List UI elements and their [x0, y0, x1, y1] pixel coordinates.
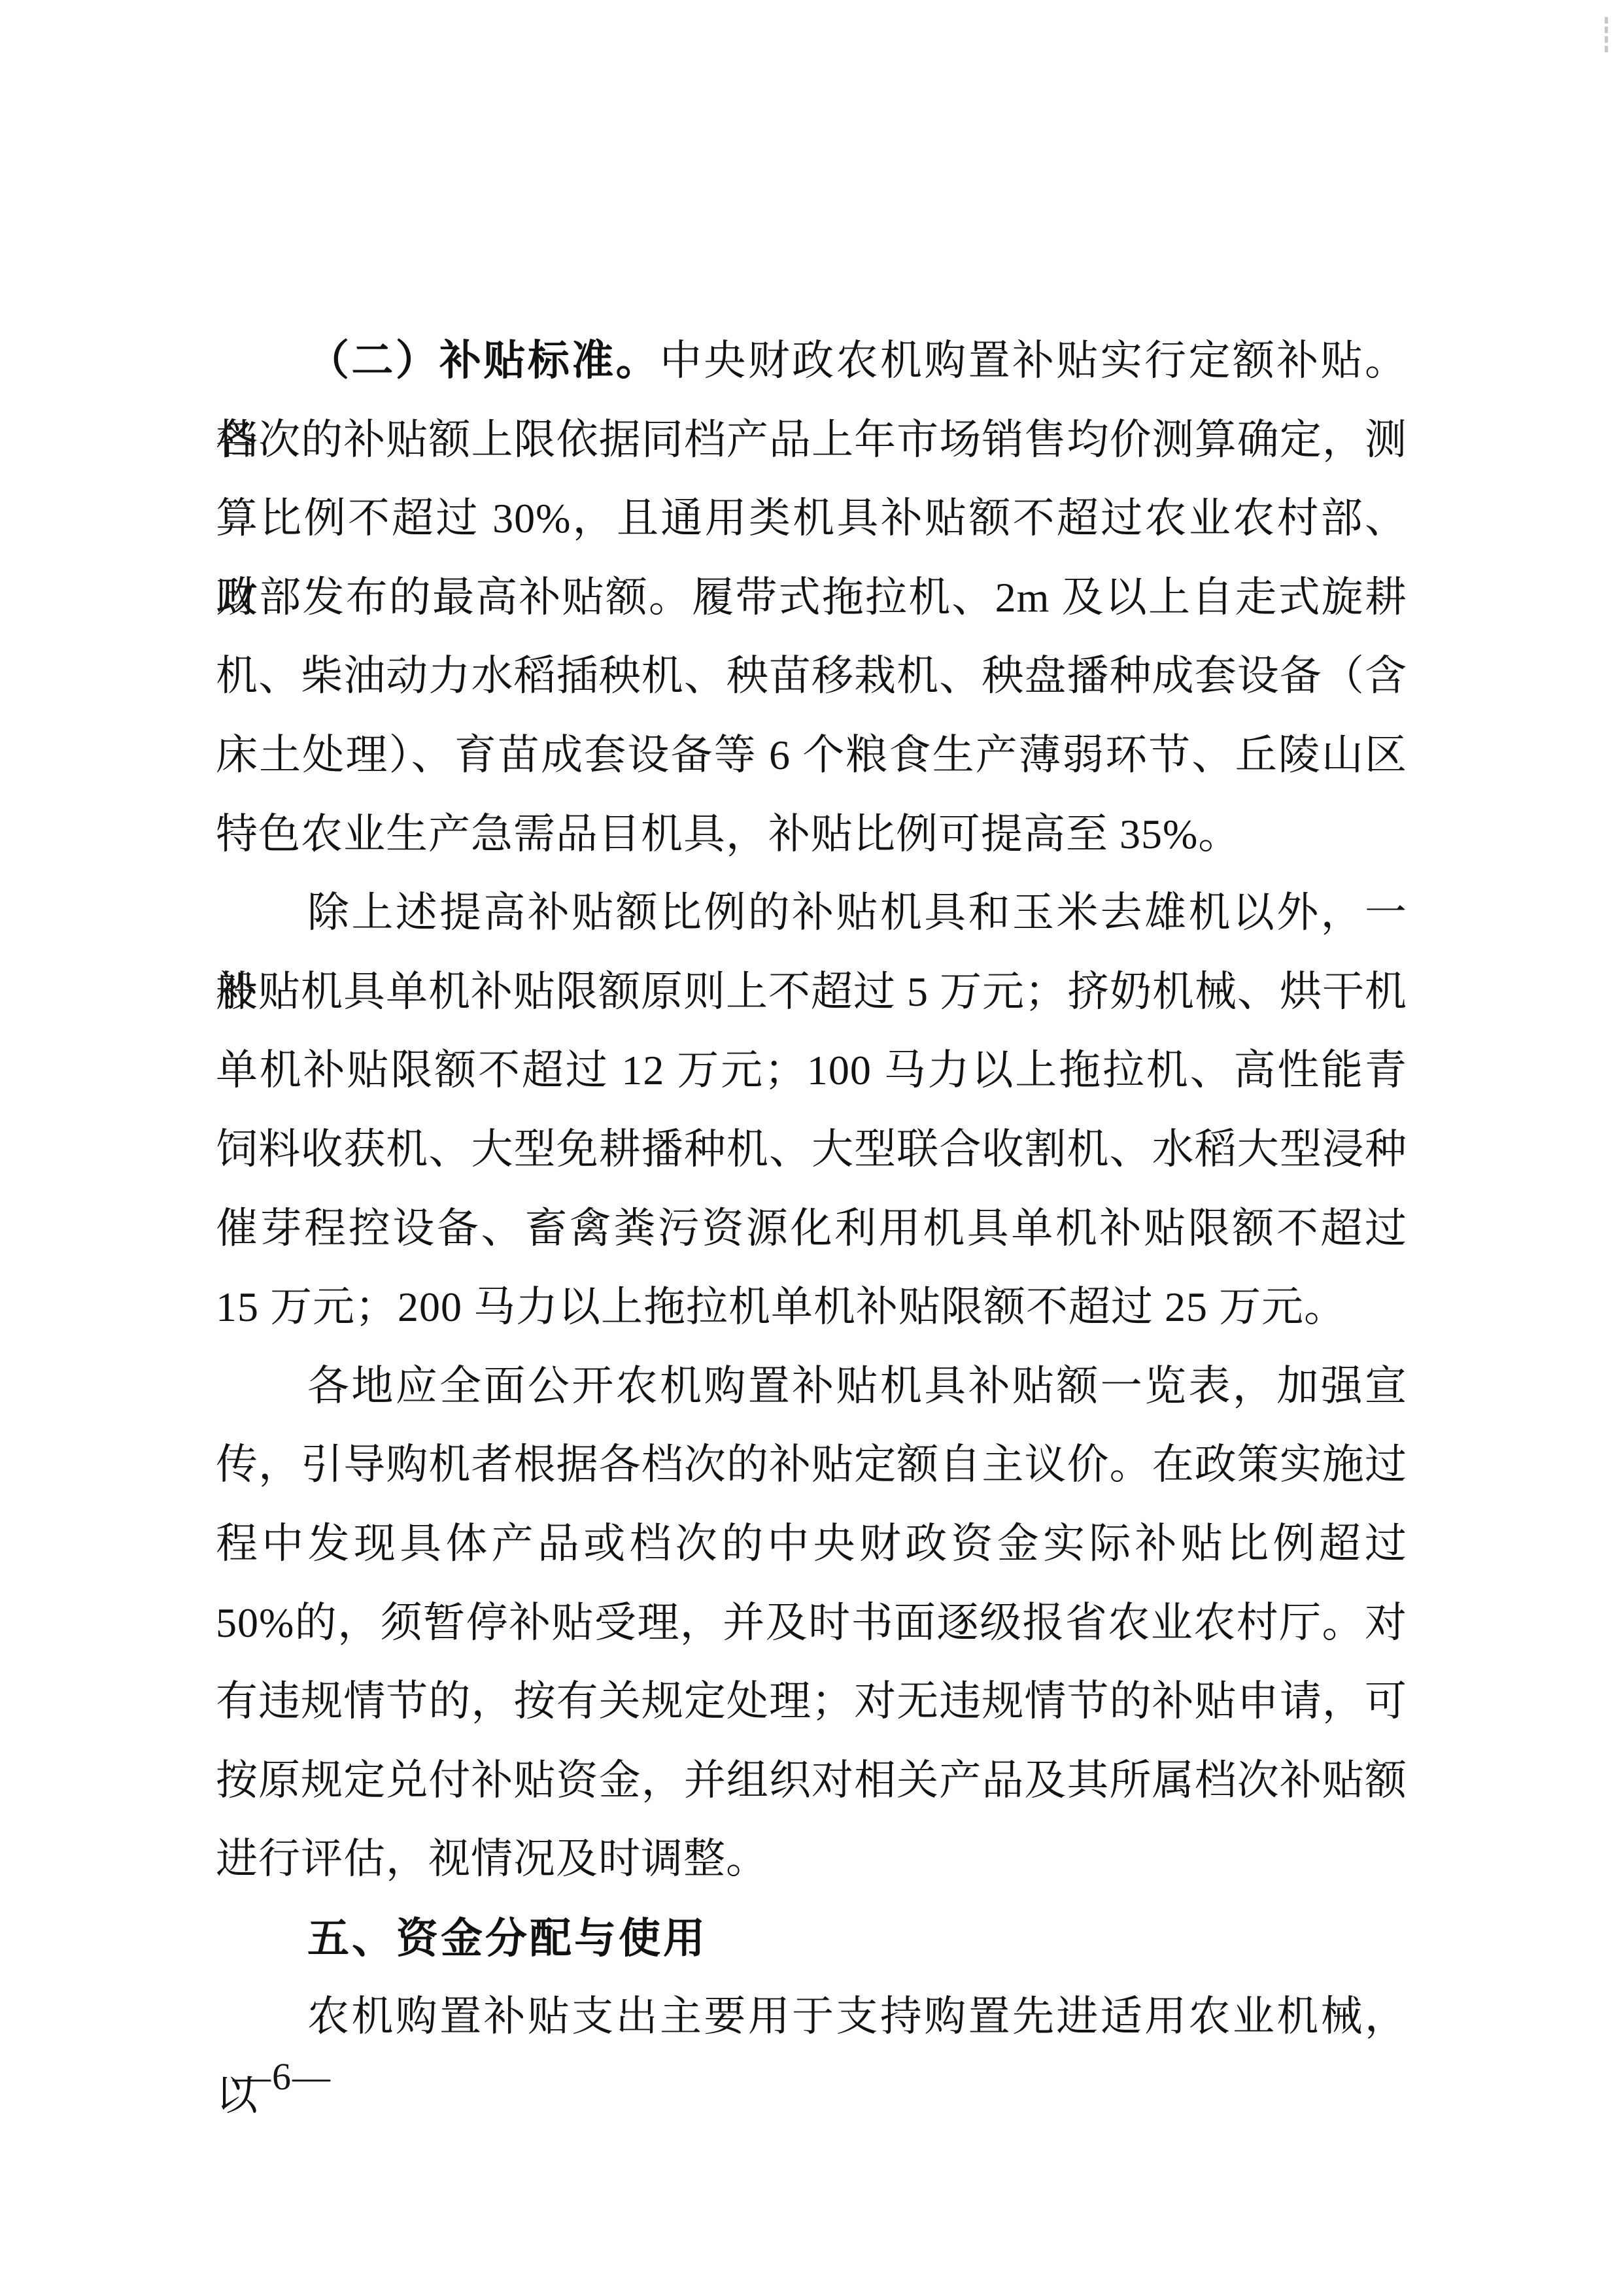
p3-line-5: 有违规情节的，按有关规定处理；对无违规情节的补贴申请，可: [216, 1662, 1407, 1741]
p2-line-5: 催芽程控设备、畜禽粪污资源化利用机具单机补贴限额不超过: [216, 1190, 1407, 1269]
page-number: —6—: [233, 2056, 332, 2098]
inline-subsection-heading: （二）补贴标准。: [307, 337, 660, 384]
p1-line-3: 算比例不超过 30%，且通用类机具补贴额不超过农业农村部、财: [216, 479, 1407, 558]
p1-line-1: （二）补贴标准。中央财政农机购置补贴实行定额补贴。各: [216, 322, 1407, 401]
p3-line-4: 50%的，须暂停补贴受理，并及时书面逐级报省农业农村厅。对: [216, 1584, 1407, 1663]
p3-line-1: 各地应全面公开农机购置补贴机具补贴额一览表，加强宣: [216, 1347, 1407, 1426]
p1-line-2: 档次的补贴额上限依据同档产品上年市场销售均价测算确定，测: [216, 401, 1407, 480]
section-heading: 五、资金分配与使用: [216, 1899, 1407, 1978]
paragraph-2: 除上述提高补贴额比例的补贴机具和玉米去雄机以外，一般 补贴机具单机补贴限额原则上…: [216, 874, 1407, 1347]
p2-line-2: 补贴机具单机补贴限额原则上不超过 5 万元；挤奶机械、烘干机: [216, 953, 1407, 1032]
document-text-block: （二）补贴标准。中央财政农机购置补贴实行定额补贴。各 档次的补贴额上限依据同档产…: [216, 322, 1407, 2057]
p3-line-7: 进行评估，视情况及时调整。: [216, 1820, 1407, 1899]
paragraph-1: （二）补贴标准。中央财政农机购置补贴实行定额补贴。各 档次的补贴额上限依据同档产…: [216, 322, 1407, 874]
document-page: （二）补贴标准。中央财政农机购置补贴实行定额补贴。各 档次的补贴额上限依据同档产…: [0, 0, 1623, 2296]
p1-line-4: 政部发布的最高补贴额。履带式拖拉机、2m 及以上自走式旋耕: [216, 558, 1407, 638]
p2-line-3: 单机补贴限额不超过 12 万元；100 马力以上拖拉机、高性能青: [216, 1031, 1407, 1110]
paragraph-4: 农机购置补贴支出主要用于支持购置先进适用农业机械，以: [216, 1978, 1407, 2057]
p2-line-1: 除上述提高补贴额比例的补贴机具和玉米去雄机以外，一般: [216, 874, 1407, 953]
p3-line-2: 传，引导购机者根据各档次的补贴定额自主议价。在政策实施过: [216, 1426, 1407, 1505]
p2-line-4: 饲料收获机、大型免耕播种机、大型联合收割机、水稻大型浸种: [216, 1110, 1407, 1190]
paragraph-3: 各地应全面公开农机购置补贴机具补贴额一览表，加强宣 传，引导购机者根据各档次的补…: [216, 1347, 1407, 1899]
p1-line-6: 床土处理）、育苗成套设备等 6 个粮食生产薄弱环节、丘陵山区: [216, 716, 1407, 795]
p1-line-7: 特色农业生产急需品目机具，补贴比例可提高至 35%。: [216, 795, 1407, 874]
p3-line-3: 程中发现具体产品或档次的中央财政资金实际补贴比例超过: [216, 1505, 1407, 1584]
p1-line-5: 机、柴油动力水稻插秧机、秧苗移栽机、秧盘播种成套设备（含: [216, 637, 1407, 716]
p3-line-6: 按原规定兑付补贴资金，并组织对相关产品及其所属档次补贴额: [216, 1741, 1407, 1821]
p4-line-1: 农机购置补贴支出主要用于支持购置先进适用农业机械，以: [216, 1978, 1407, 2057]
scan-artifact-dotted-line: [1605, 17, 1608, 52]
p2-line-6: 15 万元；200 马力以上拖拉机单机补贴限额不超过 25 万元。: [216, 1268, 1407, 1347]
